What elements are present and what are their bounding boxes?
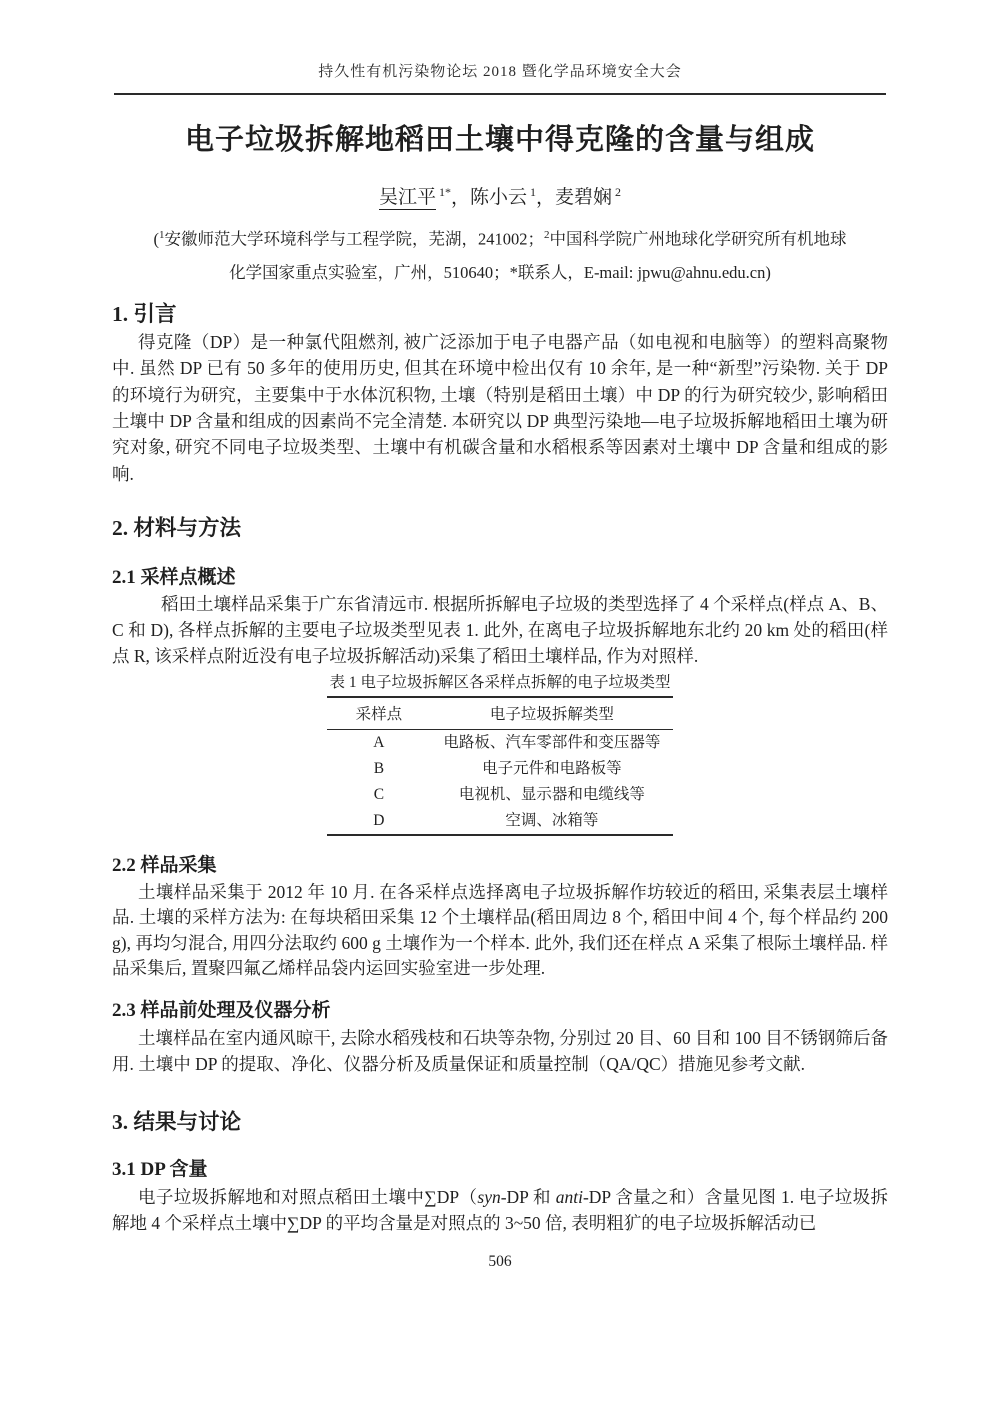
- table-cell-site: B: [327, 756, 431, 782]
- table-row: B 电子元件和电路板等: [327, 756, 673, 782]
- table-row: A 电路板、汽车零部件和变压器等: [327, 729, 673, 756]
- author-2-name: 陈小云: [470, 187, 527, 208]
- paragraph-pretreatment-analysis: 土壤样品在室内通风晾干, 去除水稻残枝和石块等杂物, 分别过 20 目、60 目…: [112, 1025, 888, 1078]
- paper-title: 电子垃圾拆解地稻田土壤中得克隆的含量与组成: [90, 119, 910, 161]
- table-cell-type: 电视机、显示器和电缆线等: [431, 782, 673, 808]
- dp-paragraph-text-1: 电子垃圾拆解地和对照点稻田土壤中∑DP（: [138, 1187, 477, 1207]
- section-heading-materials-methods: 2. 材料与方法: [112, 513, 888, 543]
- conference-header: 持久性有机污染物论坛 2018 暨化学品环境安全大会: [0, 0, 1000, 82]
- table-1-caption: 表 1 电子垃圾拆解区各采样点拆解的电子垃圾类型: [112, 672, 888, 694]
- table-row: D 空调、冰箱等: [327, 808, 673, 835]
- paragraph-sampling-sites: 稻田土壤样品采集于广东省清远市. 根据所拆解电子垃圾的类型选择了 4 个采样点(…: [112, 592, 888, 669]
- affiliation-line-1: (1安徽师范大学环境科学与工程学院，芜湖，241002；2中国科学院广州地球化学…: [80, 219, 920, 256]
- author-1-superscript: 1*: [439, 185, 451, 199]
- anti-dp-italic: anti: [556, 1187, 583, 1207]
- paragraph-introduction: 得克隆（DP）是一种氯代阻燃剂, 被广泛添加于电子电器产品（如电视和电脑等）的塑…: [112, 329, 888, 487]
- table-1: 采样点 电子垃圾拆解类型 A 电路板、汽车零部件和变压器等 B 电子元件和电路板…: [327, 696, 673, 836]
- author-1: 吴江平1*: [379, 187, 451, 208]
- table-cell-type: 空调、冰箱等: [431, 808, 673, 835]
- page-number: 506: [112, 1252, 888, 1272]
- subsection-heading-dp-content: 3.1 DP 含量: [112, 1156, 888, 1184]
- table-cell-site: C: [327, 782, 431, 808]
- paper-body: 1. 引言 得克隆（DP）是一种氯代阻燃剂, 被广泛添加于电子电器产品（如电视和…: [112, 299, 888, 1272]
- affiliation-block: (1安徽师范大学环境科学与工程学院，芜湖，241002；2中国科学院广州地球化学…: [80, 219, 920, 289]
- paper-page: 持久性有机污染物论坛 2018 暨化学品环境安全大会 电子垃圾拆解地稻田土壤中得…: [0, 0, 1000, 1412]
- section-heading-results-discussion: 3. 结果与讨论: [112, 1107, 888, 1137]
- author-3: 麦碧娴2: [555, 187, 621, 208]
- table-cell-type: 电子元件和电路板等: [431, 756, 673, 782]
- section-heading-introduction: 1. 引言: [112, 299, 888, 329]
- author-separator: ，: [536, 187, 555, 208]
- syn-dp-italic: syn: [477, 1187, 500, 1207]
- paragraph-sample-collection: 土壤样品采集于 2012 年 10 月. 在各采样点选择离电子垃圾拆解作坊较近的…: [112, 880, 888, 982]
- table-cell-site: A: [327, 729, 431, 756]
- subsection-heading-sample-collection: 2.2 样品采集: [112, 852, 888, 880]
- table-row: C 电视机、显示器和电缆线等: [327, 782, 673, 808]
- author-separator: ，: [451, 187, 470, 208]
- dp-paragraph-text-2: -DP 和: [501, 1187, 556, 1207]
- author-3-name: 麦碧娴: [555, 187, 612, 208]
- table-cell-type: 电路板、汽车零部件和变压器等: [431, 729, 673, 756]
- table-cell-site: D: [327, 808, 431, 835]
- author-3-superscript: 2: [615, 185, 621, 199]
- table-1-header-row: 采样点 电子垃圾拆解类型: [327, 697, 673, 730]
- paragraph-dp-content: 电子垃圾拆解地和对照点稻田土壤中∑DP（syn-DP 和 anti-DP 含量之…: [112, 1184, 888, 1237]
- affiliation-text-1: 安徽师范大学环境科学与工程学院，芜湖，241002；: [165, 230, 545, 249]
- affiliation-line-2: 化学国家重点实验室，广州，510640；*联系人，E-mail: jpwu@ah…: [80, 256, 920, 289]
- author-1-name: 吴江平: [379, 187, 436, 210]
- author-2: 陈小云1: [470, 187, 536, 208]
- subsection-heading-pretreatment-analysis: 2.3 样品前处理及仪器分析: [112, 997, 888, 1025]
- subsection-heading-sampling-sites: 2.1 采样点概述: [112, 564, 888, 592]
- header-divider: [114, 93, 886, 95]
- table-1-header-type: 电子垃圾拆解类型: [431, 697, 673, 730]
- authors-line: 吴江平1*，陈小云1，麦碧娴2: [0, 179, 1000, 211]
- table-1-header-site: 采样点: [327, 697, 431, 730]
- affiliation-text-2: 中国科学院广州地球化学研究所有机地球: [550, 230, 847, 249]
